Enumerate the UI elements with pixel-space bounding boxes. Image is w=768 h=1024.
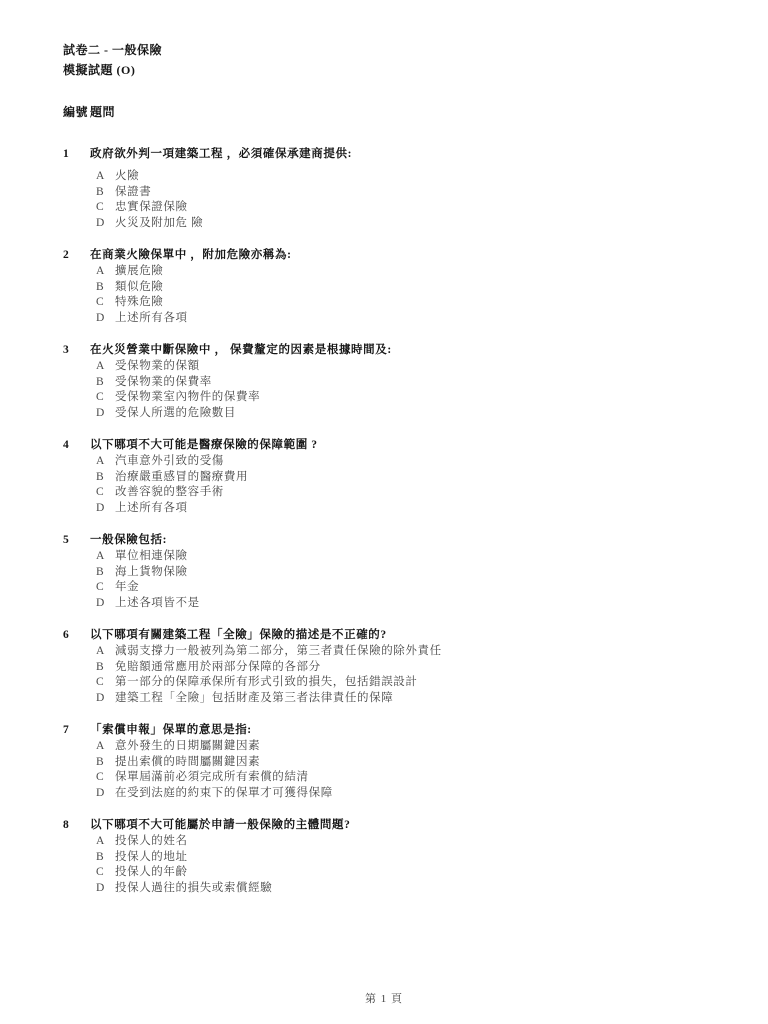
option-text: 上述各項皆不是 xyxy=(115,596,728,612)
question-number: 6 xyxy=(63,627,90,643)
option-row: D 火災及附加危 險 xyxy=(63,216,728,232)
question-text: 政府欲外判一項建築工程 ，必須確保承建商提供: xyxy=(90,146,728,162)
option-letter: D xyxy=(96,596,115,612)
option-row: C 受保物業室內物件的保費率 xyxy=(63,390,728,406)
question-number: 4 xyxy=(63,437,90,453)
document-title: 試卷二 - 一般保險 xyxy=(63,40,728,60)
question-block: 3 在火災營業中斷保險中 ， 保費釐定的因素是根據時間及: A 受保物業的保額 … xyxy=(63,342,728,421)
option-row: A 擴展危險 xyxy=(63,264,728,280)
question-number: 1 xyxy=(63,146,90,162)
question-block: 4 以下哪項不大可能是醫療保險的保障範圍 ? A 汽車意外引致的受傷 B 治療嚴… xyxy=(63,437,728,516)
option-row: B 提出索償的時間屬關鍵因素 xyxy=(63,755,728,771)
option-list: A 減弱支撐力一般被列為第二部分，第三者責任保險的除外責任 B 免賠額通常應用於… xyxy=(63,644,728,706)
question-header: 6 以下哪項有關建築工程「全險」保險的描述是不正確的? xyxy=(63,627,728,643)
option-row: D 上述所有各項 xyxy=(63,311,728,327)
option-text: 受保物業的保費率 xyxy=(115,375,728,391)
option-list: A 受保物業的保額 B 受保物業的保費率 C 受保物業室內物件的保費率 D 受保… xyxy=(63,359,728,421)
option-letter: B xyxy=(96,280,115,296)
option-row: B 類似危險 xyxy=(63,280,728,296)
option-letter: A xyxy=(96,264,115,280)
option-row: D 上述所有各項 xyxy=(63,501,728,517)
option-row: A 減弱支撐力一般被列為第二部分，第三者責任保險的除外責任 xyxy=(63,644,728,660)
option-row: D 受保人所選的危險數目 xyxy=(63,406,728,422)
option-row: B 免賠額通常應用於兩部分保障的各部分 xyxy=(63,660,728,676)
option-text: 類似危險 xyxy=(115,280,728,296)
question-block: 2 在商業火險保單中 ，附加危險亦稱為: A 擴展危險 B 類似危險 C 特殊危… xyxy=(63,247,728,326)
option-text: 特殊危險 xyxy=(115,295,728,311)
option-row: D 上述各項皆不是 xyxy=(63,596,728,612)
question-text: 在商業火險保單中 ，附加危險亦稱為: xyxy=(90,247,728,263)
option-row: C 投保人的年齡 xyxy=(63,865,728,881)
option-text: 忠實保證保險 xyxy=(115,200,728,216)
question-number: 2 xyxy=(63,247,90,263)
option-text: 上述所有各項 xyxy=(115,311,728,327)
option-letter: C xyxy=(96,200,115,216)
option-text: 意外發生的日期屬關鍵因素 xyxy=(115,739,728,755)
option-letter: D xyxy=(96,216,115,232)
option-letter: D xyxy=(96,501,115,517)
option-row: B 治療嚴重感冒的醫療費用 xyxy=(63,470,728,486)
option-text: 汽車意外引致的受傷 xyxy=(115,454,728,470)
option-letter: C xyxy=(96,485,115,501)
option-letter: B xyxy=(96,660,115,676)
option-letter: C xyxy=(96,770,115,786)
question-text: 以下哪項不大可能屬於申請一般保險的主體問題? xyxy=(90,817,728,833)
question-block: 5 一般保險包括: A 單位相連保險 B 海上貨物保險 C 年金 D 上述各項皆… xyxy=(63,532,728,611)
option-text: 改善容貌的整容手術 xyxy=(115,485,728,501)
option-row: B 投保人的地址 xyxy=(63,850,728,866)
question-block: 1 政府欲外判一項建築工程 ，必須確保承建商提供: A 火險 B 保證書 C 忠… xyxy=(63,146,728,231)
option-text: 在受到法庭的約束下的保單才可獲得保障 xyxy=(115,786,728,802)
option-row: D 投保人過往的損失或索償經驗 xyxy=(63,881,728,897)
question-header: 2 在商業火險保單中 ，附加危險亦稱為: xyxy=(63,247,728,263)
option-row: C 保單屆滿前必須完成所有索償的結清 xyxy=(63,770,728,786)
option-row: D 建築工程「全險」包括財產及第三者法律責任的保障 xyxy=(63,691,728,707)
question-text: 「索償申報」保單的意思是指: xyxy=(90,722,728,738)
option-row: B 海上貨物保險 xyxy=(63,565,728,581)
option-text: 受保物業的保額 xyxy=(115,359,728,375)
question-header: 3 在火災營業中斷保險中 ， 保費釐定的因素是根據時間及: xyxy=(63,342,728,358)
option-row: C 忠實保證保險 xyxy=(63,200,728,216)
option-letter: C xyxy=(96,580,115,596)
option-text: 火災及附加危 險 xyxy=(115,216,728,232)
option-row: C 第一部分的保障承保所有形式引致的損失，包括錯誤設計 xyxy=(63,675,728,691)
option-letter: D xyxy=(96,786,115,802)
option-text: 提出索償的時間屬關鍵因素 xyxy=(115,755,728,771)
option-letter: A xyxy=(96,169,115,185)
question-block: 8 以下哪項不大可能屬於申請一般保險的主體問題? A 投保人的姓名 B 投保人的… xyxy=(63,817,728,896)
option-letter: C xyxy=(96,295,115,311)
option-row: C 特殊危險 xyxy=(63,295,728,311)
option-text: 建築工程「全險」包括財產及第三者法律責任的保障 xyxy=(115,691,728,707)
option-row: A 火險 xyxy=(63,169,728,185)
option-row: A 受保物業的保額 xyxy=(63,359,728,375)
column-header-question: 題問 xyxy=(90,104,115,120)
question-header: 5 一般保險包括: xyxy=(63,532,728,548)
option-text: 投保人的年齡 xyxy=(115,865,728,881)
option-text: 投保人的姓名 xyxy=(115,834,728,850)
option-text: 上述所有各項 xyxy=(115,501,728,517)
option-row: A 意外發生的日期屬關鍵因素 xyxy=(63,739,728,755)
option-letter: D xyxy=(96,691,115,707)
question-number: 5 xyxy=(63,532,90,548)
option-letter: A xyxy=(96,834,115,850)
option-text: 單位相連保險 xyxy=(115,549,728,565)
question-number: 3 xyxy=(63,342,90,358)
option-text: 保單屆滿前必須完成所有索償的結清 xyxy=(115,770,728,786)
question-number: 8 xyxy=(63,817,90,833)
option-text: 免賠額通常應用於兩部分保障的各部分 xyxy=(115,660,728,676)
option-text: 年金 xyxy=(115,580,728,596)
option-letter: B xyxy=(96,185,115,201)
question-header: 4 以下哪項不大可能是醫療保險的保障範圍 ? xyxy=(63,437,728,453)
option-text: 治療嚴重感冒的醫療費用 xyxy=(115,470,728,486)
option-list: A 擴展危險 B 類似危險 C 特殊危險 D 上述所有各項 xyxy=(63,264,728,326)
option-letter: B xyxy=(96,565,115,581)
option-text: 擴展危險 xyxy=(115,264,728,280)
option-text: 受保人所選的危險數目 xyxy=(115,406,728,422)
option-list: A 汽車意外引致的受傷 B 治療嚴重感冒的醫療費用 C 改善容貌的整容手術 D … xyxy=(63,454,728,516)
option-list: A 火險 B 保證書 C 忠實保證保險 D 火災及附加危 險 xyxy=(63,169,728,231)
question-text: 以下哪項有關建築工程「全險」保險的描述是不正確的? xyxy=(90,627,728,643)
option-text: 投保人的地址 xyxy=(115,850,728,866)
option-text: 減弱支撐力一般被列為第二部分，第三者責任保險的除外責任 xyxy=(115,644,728,660)
option-text: 第一部分的保障承保所有形式引致的損失，包括錯誤設計 xyxy=(115,675,728,691)
option-row: C 改善容貌的整容手術 xyxy=(63,485,728,501)
option-text: 海上貨物保險 xyxy=(115,565,728,581)
option-letter: A xyxy=(96,454,115,470)
document-page: 試卷二 - 一般保險 模擬試題 (O) 編號 題問 1 政府欲外判一項建築工程 … xyxy=(0,0,768,1024)
option-row: B 保證書 xyxy=(63,185,728,201)
question-text: 一般保險包括: xyxy=(90,532,728,548)
option-letter: A xyxy=(96,359,115,375)
option-list: A 投保人的姓名 B 投保人的地址 C 投保人的年齡 D 投保人過往的損失或索償… xyxy=(63,834,728,896)
question-block: 7 「索償申報」保單的意思是指: A 意外發生的日期屬關鍵因素 B 提出索償的時… xyxy=(63,722,728,801)
option-letter: A xyxy=(96,549,115,565)
option-list: A 單位相連保險 B 海上貨物保險 C 年金 D 上述各項皆不是 xyxy=(63,549,728,611)
option-letter: B xyxy=(96,850,115,866)
option-letter: D xyxy=(96,406,115,422)
option-row: A 投保人的姓名 xyxy=(63,834,728,850)
option-letter: D xyxy=(96,311,115,327)
option-text: 保證書 xyxy=(115,185,728,201)
option-letter: C xyxy=(96,390,115,406)
option-letter: C xyxy=(96,865,115,881)
question-header: 1 政府欲外判一項建築工程 ，必須確保承建商提供: xyxy=(63,146,728,162)
option-row: A 單位相連保險 xyxy=(63,549,728,565)
question-header: 8 以下哪項不大可能屬於申請一般保險的主體問題? xyxy=(63,817,728,833)
question-header: 7 「索償申報」保單的意思是指: xyxy=(63,722,728,738)
option-row: B 受保物業的保費率 xyxy=(63,375,728,391)
option-letter: D xyxy=(96,881,115,897)
option-row: A 汽車意外引致的受傷 xyxy=(63,454,728,470)
option-text: 火險 xyxy=(115,169,728,185)
option-letter: B xyxy=(96,375,115,391)
option-letter: A xyxy=(96,739,115,755)
column-header-row: 編號 題問 xyxy=(63,104,728,120)
option-row: C 年金 xyxy=(63,580,728,596)
question-text: 在火災營業中斷保險中 ， 保費釐定的因素是根據時間及: xyxy=(90,342,728,358)
question-list: 1 政府欲外判一項建築工程 ，必須確保承建商提供: A 火險 B 保證書 C 忠… xyxy=(63,146,728,896)
question-block: 6 以下哪項有關建築工程「全險」保險的描述是不正確的? A 減弱支撐力一般被列為… xyxy=(63,627,728,706)
option-row: D 在受到法庭的約束下的保單才可獲得保障 xyxy=(63,786,728,802)
option-letter: B xyxy=(96,470,115,486)
option-letter: C xyxy=(96,675,115,691)
option-letter: B xyxy=(96,755,115,771)
document-subtitle: 模擬試題 (O) xyxy=(63,60,728,80)
column-header-number: 編號 xyxy=(63,104,90,120)
option-text: 受保物業室內物件的保費率 xyxy=(115,390,728,406)
option-text: 投保人過往的損失或索償經驗 xyxy=(115,881,728,897)
page-number-footer: 第 1 頁 xyxy=(0,990,768,1006)
question-text: 以下哪項不大可能是醫療保險的保障範圍 ? xyxy=(90,437,728,453)
option-list: A 意外發生的日期屬關鍵因素 B 提出索償的時間屬關鍵因素 C 保單屆滿前必須完… xyxy=(63,739,728,801)
question-number: 7 xyxy=(63,722,90,738)
option-letter: A xyxy=(96,644,115,660)
